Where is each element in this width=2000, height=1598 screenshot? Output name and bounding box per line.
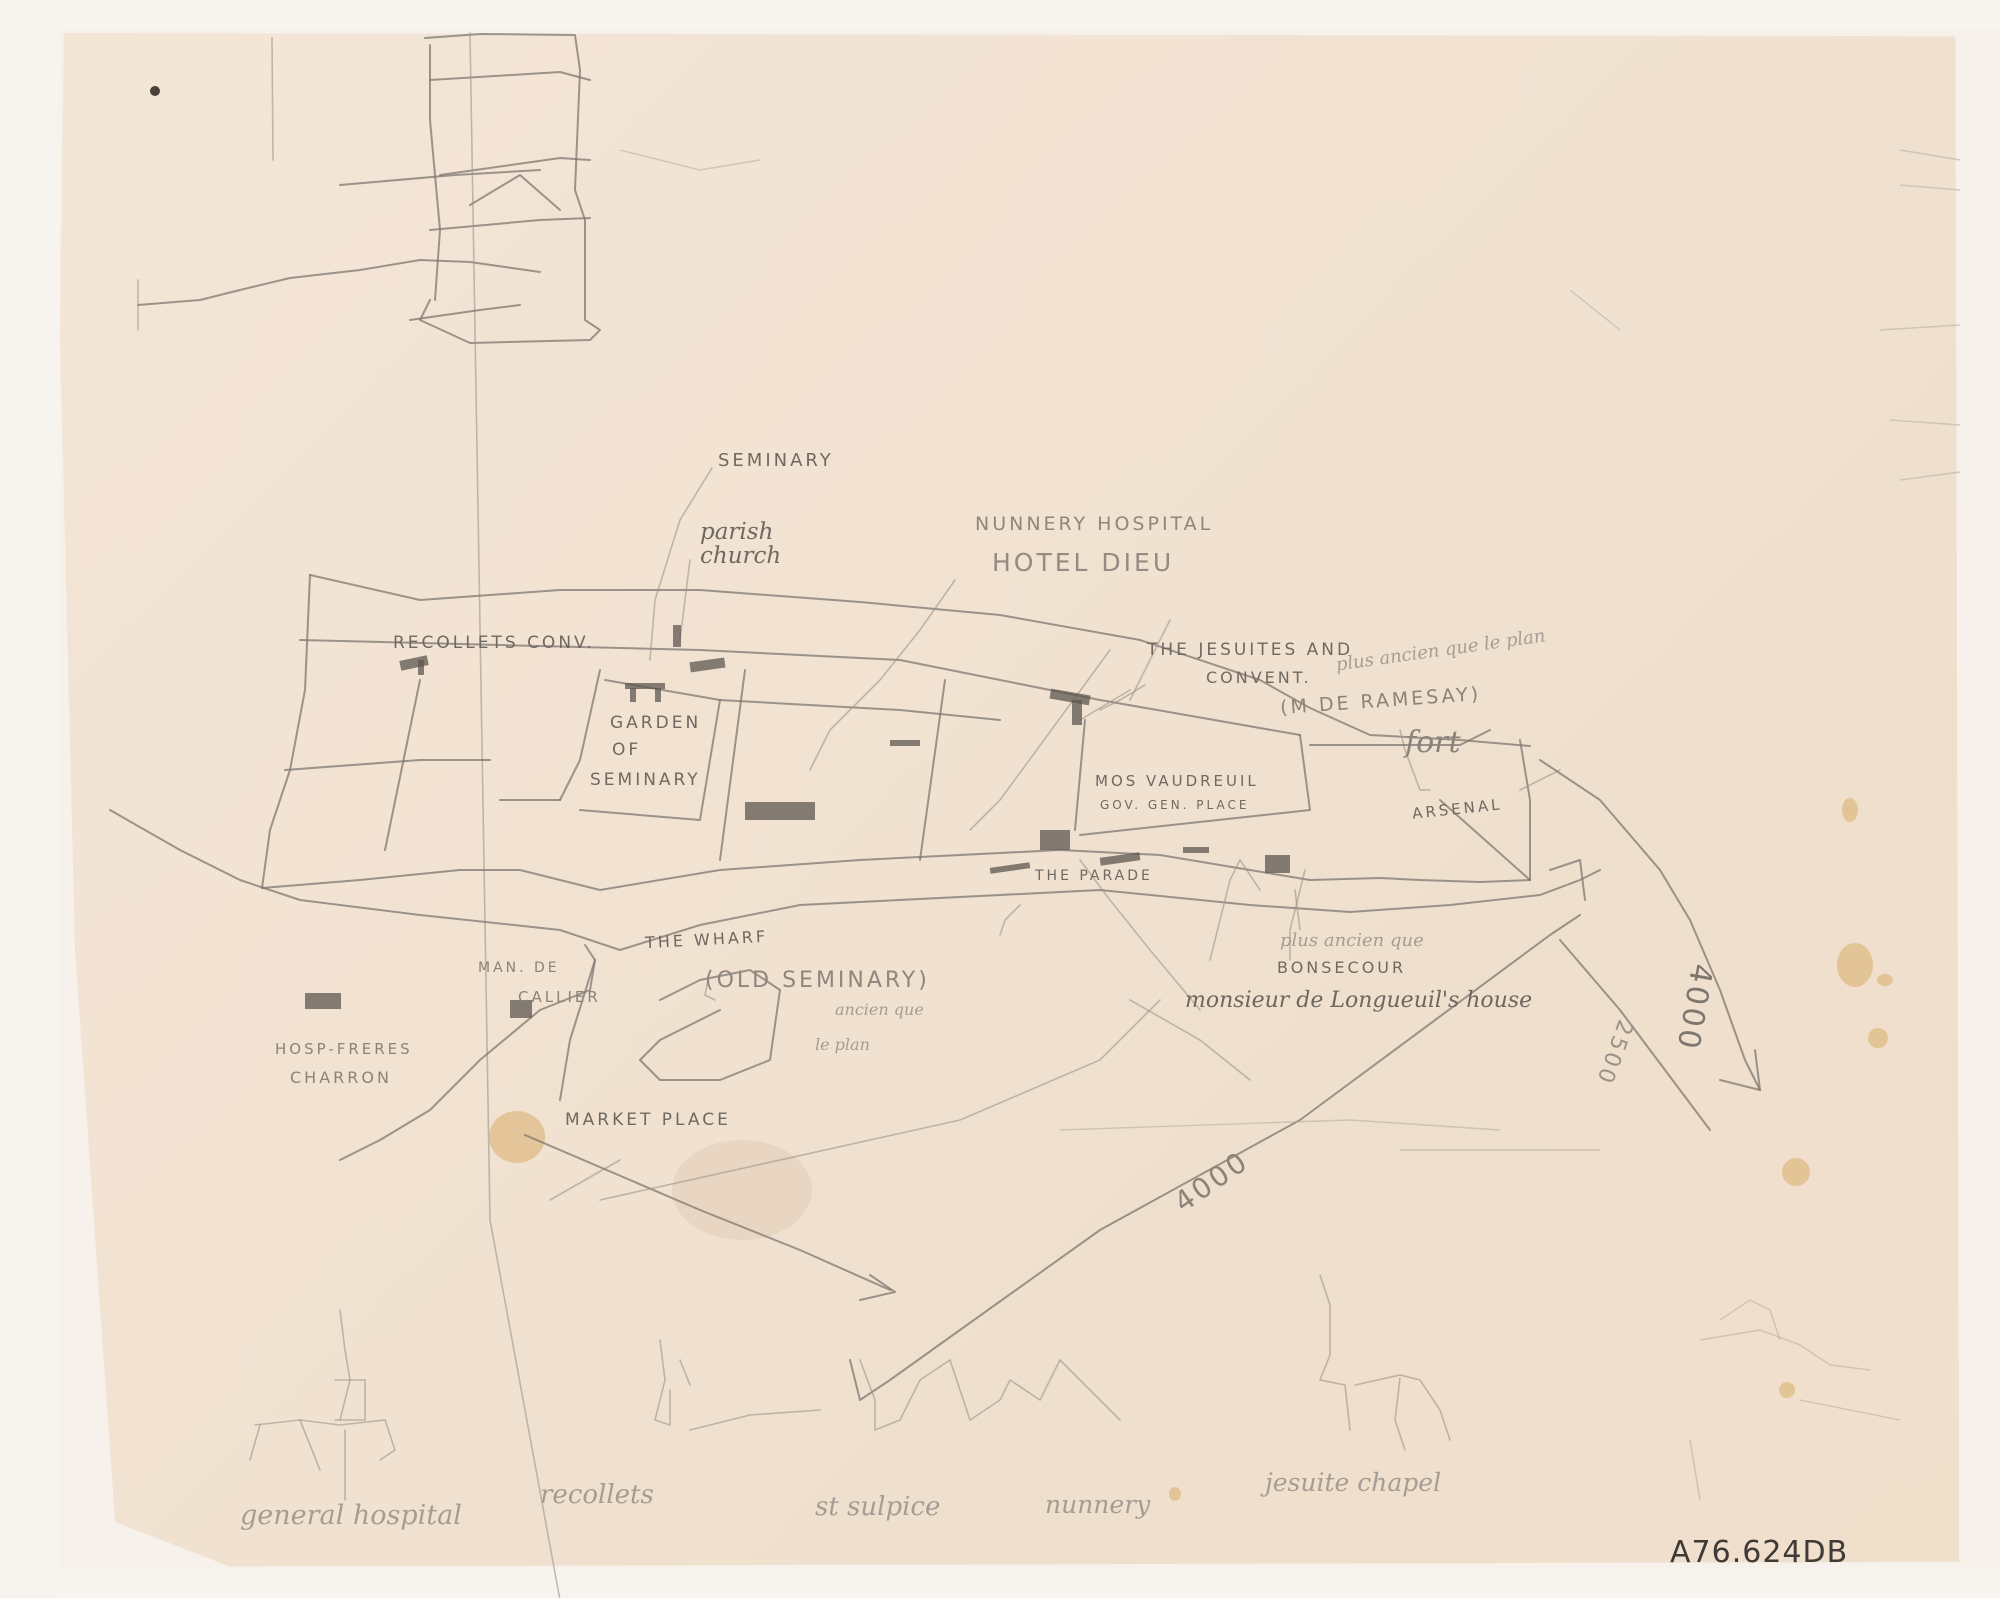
label-nunnery-hospital: NUNNERY HOSPITAL (975, 513, 1213, 535)
label-old-seminary-note-2: le plan (815, 1035, 870, 1054)
foxing-stains (150, 86, 1893, 1501)
label-old-seminary: (OLD SEMINARY) (705, 968, 930, 993)
label-longueuil: monsieur de Longueuil's house (1185, 988, 1532, 1013)
label-the-parade: THE PARADE (1035, 868, 1153, 884)
label-bonsecour: BONSECOUR (1277, 958, 1406, 977)
label-man-de-2: CALLIER (518, 988, 601, 1006)
label-bonsecour-note: plus ancien que (1280, 930, 1424, 951)
label-garden-3: SEMINARY (590, 770, 701, 790)
label-parish-church: parish church (700, 520, 820, 568)
caption-jesuite-chapel: jesuite chapel (1265, 1468, 1441, 1497)
label-hotel-dieu: HOTEL DIEU (992, 548, 1174, 577)
label-hosp-freres-1: HOSP-FRERES (275, 1040, 413, 1058)
caption-recollets: recollets (540, 1480, 654, 1510)
catalog-number: A76.624DB (1670, 1535, 1848, 1570)
building-marks (305, 625, 1290, 1018)
label-market-place: MARKET PLACE (565, 1110, 731, 1130)
label-man-de-1: MAN. DE (478, 960, 560, 976)
label-vaudreuil-2: GOV. GEN. PLACE (1100, 798, 1249, 812)
label-garden-2: OF (612, 740, 641, 760)
label-parish-church-text: parish church (700, 520, 820, 568)
caption-nunnery: nunnery (1045, 1490, 1150, 1519)
label-garden-1: GARDEN (610, 713, 701, 733)
label-recollets-conv: RECOLLETS CONV. (393, 633, 595, 653)
label-fort: fort (1405, 725, 1461, 760)
caption-st-sulpice: st sulpice (815, 1492, 940, 1522)
label-vaudreuil-1: MOS VAUDREUIL (1095, 772, 1259, 790)
label-jesuites-1: THE JESUITES AND (1147, 640, 1353, 660)
city-outline (262, 575, 1530, 890)
label-old-seminary-note-1: ancien que (835, 1000, 924, 1019)
label-seminary: SEMINARY (718, 450, 834, 471)
sheet: SEMINARY parish church NUNNERY HOSPITAL … (0, 0, 2000, 1598)
skyline-sketch (250, 1275, 1900, 1500)
caption-general-hospital: general hospital (240, 1500, 462, 1531)
pencil-sketch (0, 0, 2000, 1598)
label-hosp-freres-2: CHARRON (290, 1068, 392, 1087)
label-jesuites-2: CONVENT. (1206, 668, 1312, 687)
top-box-sketch (138, 33, 600, 1598)
